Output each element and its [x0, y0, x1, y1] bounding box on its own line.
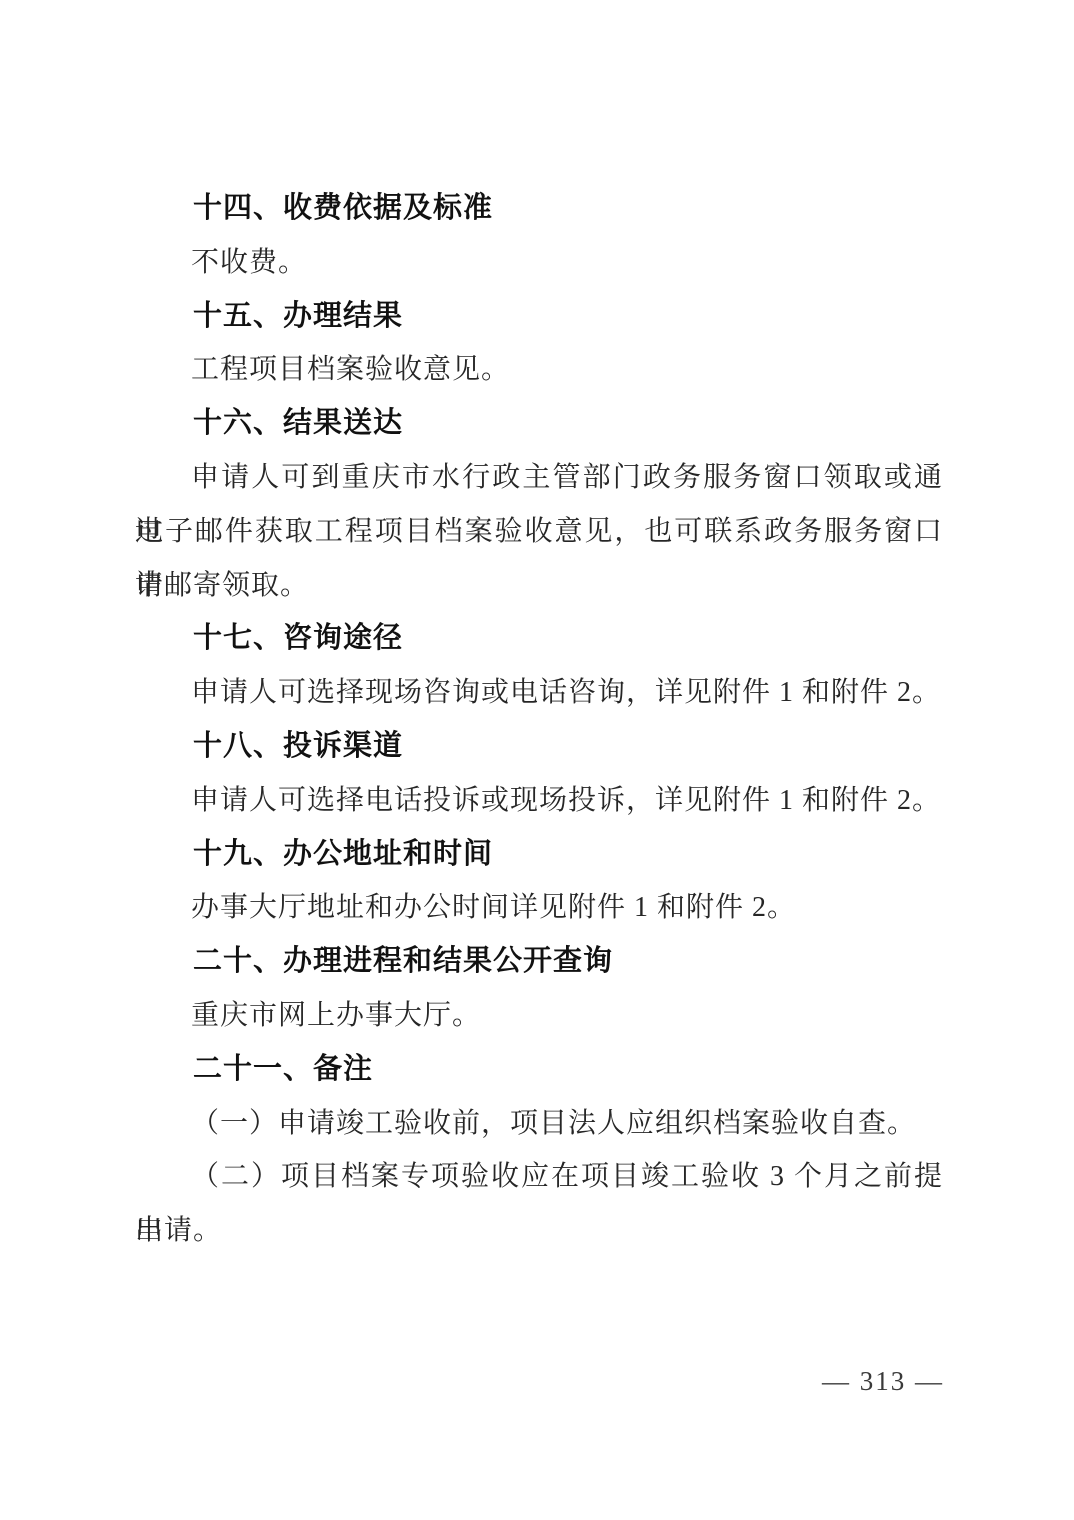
- section-heading-progress-query: 二十、办理进程和结果公开查询: [135, 935, 943, 989]
- paragraph-line: 申请人可到重庆市水行政主管部门政务服务窗口领取或通过: [135, 451, 943, 505]
- paragraph-line: 工程项目档案验收意见。: [135, 343, 943, 397]
- paragraph-line: 请邮寄领取。: [135, 559, 943, 613]
- section-heading-consultation-channels: 十七、咨询途径: [135, 612, 943, 666]
- section-heading-office-address-time: 十九、办公地址和时间: [135, 828, 943, 882]
- section-heading-result-delivery: 十六、结果送达: [135, 397, 943, 451]
- document-content: 十四、收费依据及标准 不收费。 十五、办理结果 工程项目档案验收意见。 十六、结…: [135, 182, 943, 1258]
- paragraph-line: （二）项目档案专项验收应在项目竣工验收 3 个月之前提出: [135, 1150, 943, 1204]
- paragraph-line: 办事大厅地址和办公时间详见附件 1 和附件 2。: [135, 881, 943, 935]
- section-heading-complaint-channels: 十八、投诉渠道: [135, 720, 943, 774]
- section-heading-fee-basis: 十四、收费依据及标准: [135, 182, 943, 236]
- section-heading-remarks: 二十一、备注: [135, 1043, 943, 1097]
- section-heading-processing-result: 十五、办理结果: [135, 290, 943, 344]
- paragraph-line: 申请人可选择电话投诉或现场投诉，详见附件 1 和附件 2。: [135, 774, 943, 828]
- document-page: 十四、收费依据及标准 不收费。 十五、办理结果 工程项目档案验收意见。 十六、结…: [0, 0, 1074, 1520]
- paragraph-line: 申请。: [135, 1204, 943, 1258]
- paragraph-line: 电子邮件获取工程项目档案验收意见，也可联系政务服务窗口申: [135, 505, 943, 559]
- paragraph-line: 不收费。: [135, 236, 943, 290]
- paragraph-line: 重庆市网上办事大厅。: [135, 989, 943, 1043]
- page-number: — 313 —: [822, 1366, 944, 1396]
- paragraph-line: 申请人可选择现场咨询或电话咨询，详见附件 1 和附件 2。: [135, 666, 943, 720]
- paragraph-line: （一）申请竣工验收前，项目法人应组织档案验收自查。: [135, 1097, 943, 1151]
